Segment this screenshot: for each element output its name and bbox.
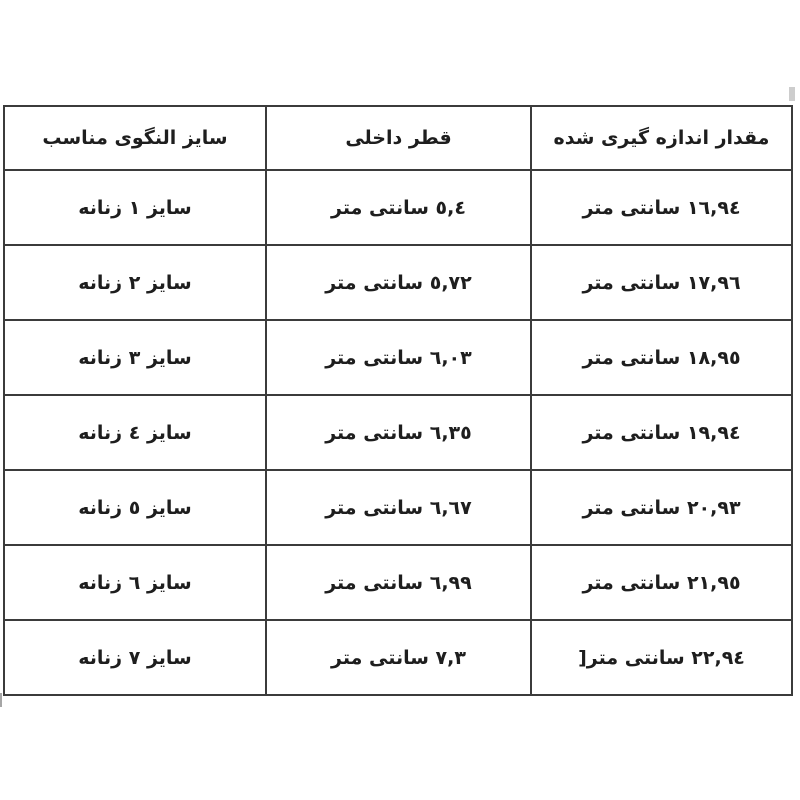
page-canvas: مقدار اندازه گیری شده قطر داخلی سایز الن…	[0, 0, 800, 800]
cell-measured-value: ١٦,٩٤ سانتی متر	[531, 170, 792, 245]
cell-measured-value: ١٧,٩٦ سانتی متر	[531, 245, 792, 320]
header-bangle-size: سایز النگوی مناسب	[4, 106, 266, 170]
header-measured-value: مقدار اندازه گیری شده	[531, 106, 792, 170]
cell-measured-value: ١٨,٩٥ سانتی متر	[531, 320, 792, 395]
cell-bangle-size: سایز ٤ زنانه	[4, 395, 266, 470]
cell-measured-value: ٢٢,٩٤ سانتی متر[	[531, 620, 792, 695]
cell-inner-diameter: ٥,٧٢ سانتی متر	[266, 245, 531, 320]
cell-measured-value: ٢١,٩٥ سانتی متر	[531, 545, 792, 620]
cell-bangle-size: سایز ١ زنانه	[4, 170, 266, 245]
cell-bangle-size: سایز ٣ زنانه	[4, 320, 266, 395]
cell-inner-diameter: ٦,٣٥ سانتی متر	[266, 395, 531, 470]
cell-bangle-size: سایز ٦ زنانه	[4, 545, 266, 620]
scan-artifact-top-right	[789, 87, 795, 101]
cell-bangle-size: سایز ٥ زنانه	[4, 470, 266, 545]
table-row: ٢٠,٩٣ سانتی متر ٦,٦٧ سانتی متر سایز ٥ زن…	[4, 470, 792, 545]
table-row: ١٨,٩٥ سانتی متر ٦,٠٣ سانتی متر سایز ٣ زن…	[4, 320, 792, 395]
cell-inner-diameter: ٥,٤ سانتی متر	[266, 170, 531, 245]
cell-inner-diameter: ٧,٣ سانتی متر	[266, 620, 531, 695]
cell-bangle-size: سایز ٢ زنانه	[4, 245, 266, 320]
table-row: ١٧,٩٦ سانتی متر ٥,٧٢ سانتی متر سایز ٢ زن…	[4, 245, 792, 320]
bangle-size-table: مقدار اندازه گیری شده قطر داخلی سایز الن…	[3, 105, 793, 696]
cell-bangle-size: سایز ٧ زنانه	[4, 620, 266, 695]
table-row: ١٩,٩٤ سانتی متر ٦,٣٥ سانتی متر سایز ٤ زن…	[4, 395, 792, 470]
table-header-row: مقدار اندازه گیری شده قطر داخلی سایز الن…	[4, 106, 792, 170]
table-row: ٢١,٩٥ سانتی متر ٦,٩٩ سانتی متر سایز ٦ زن…	[4, 545, 792, 620]
table-row: ٢٢,٩٤ سانتی متر[ ٧,٣ سانتی متر سایز ٧ زن…	[4, 620, 792, 695]
header-inner-diameter: قطر داخلی	[266, 106, 531, 170]
cell-inner-diameter: ٦,٠٣ سانتی متر	[266, 320, 531, 395]
cell-inner-diameter: ٦,٦٧ سانتی متر	[266, 470, 531, 545]
table-row: ١٦,٩٤ سانتی متر ٥,٤ سانتی متر سایز ١ زنا…	[4, 170, 792, 245]
cell-measured-value: ٢٠,٩٣ سانتی متر	[531, 470, 792, 545]
cell-inner-diameter: ٦,٩٩ سانتی متر	[266, 545, 531, 620]
cell-measured-value: ١٩,٩٤ سانتی متر	[531, 395, 792, 470]
scan-artifact-bottom-left	[0, 693, 2, 707]
